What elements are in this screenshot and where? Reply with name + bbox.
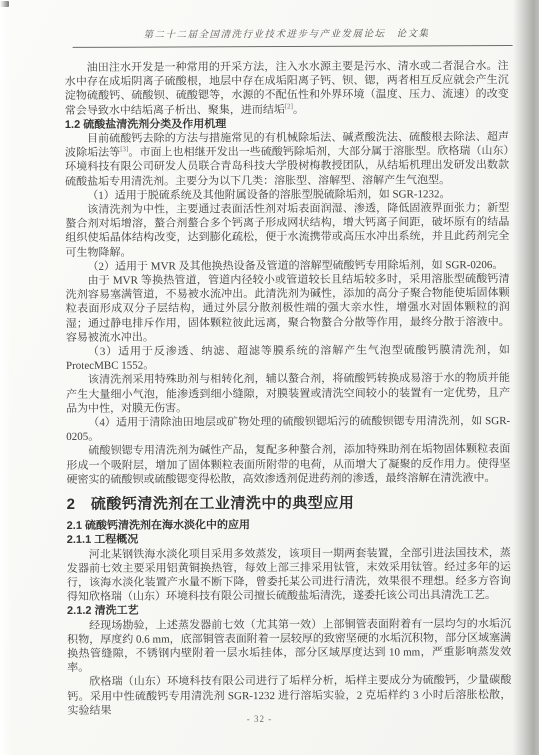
scan-corner-artifact [0, 1, 9, 7]
page-number: - 32 - [0, 714, 519, 724]
overview-text-tail: 。市面上也相继开发出一些硫酸钙除垢剂，大部分属于溶胀型。欣格瑞（山东）环境科技有… [65, 145, 509, 187]
item-1-description: 该清洗剂为中性，主要通过表面活性剂对垢表面润湿、渗透，降低固液界面张力；新型螯合… [65, 201, 509, 260]
citation-mark: [2] [285, 102, 293, 110]
page-content: 第二十二届全国清洗行业技术进步与产业发展论坛 论文集 油田注水开发是一种常用的开… [64, 27, 511, 718]
cleaning-process-paragraph: 经现场勘验，上述蒸发器前七效（尤其第一效）上部铜管表面附着有一层均匀的水垢沉积物… [67, 617, 511, 676]
item-4-paragraph: （4）适用于清除油田地层或矿物处理的硫酸钡锶垢污的硫酸钡锶专用清洗剂，如 SGR… [66, 414, 510, 444]
scale-analysis-paragraph: 欣格瑞（山东）环境科技有限公司进行了垢样分析，垢样主要成分为硫酸钙，少量碳酸钙。… [67, 673, 511, 718]
item-4-description: 硫酸钡锶专用清洗剂为碱性产品，复配多种螯合剂，添加特殊助剂在垢物固体颗粒表面形成… [66, 443, 510, 488]
item-3-paragraph: （3）适用于反渗透、纳滤、超滤等膜系统的溶解产生气泡型硫酸钙膜清洗剂，如 Pro… [66, 343, 510, 373]
item-2-description: 由于 MVR 等换热管道，管道内径较小或管道较长且结垢较多时，采用溶胀型硫酸钙清… [66, 272, 510, 345]
right-edge-scan-shadow [513, 0, 539, 755]
section-2-heading: 2 硫酸钙清洗剂在工业清洗中的典型应用 [67, 493, 511, 514]
intro-text-tail: 。 [293, 104, 304, 116]
header-rule [73, 45, 513, 48]
overview-paragraph: 目前硫酸钙去除的方法与措施常见的有机械除垢法、碱煮酸洗法、硫酸根去除法、超声波除… [65, 130, 509, 189]
project-overview-paragraph: 河北某钢铁海水淡化项目采用多效蒸发，该项目一期两套装置，全部引进法国技术，蒸发器… [67, 546, 511, 605]
scanned-page: 第二十二届全国清洗行业技术进步与产业发展论坛 论文集 油田注水开发是一种常用的开… [0, 0, 539, 755]
running-header: 第二十二届全国清洗行业技术进步与产业发展论坛 论文集 [64, 27, 508, 43]
intro-paragraph: 油田注水开发是一种常用的开采方法，注入水水源主要是污水、清水或二者混合水。注水中… [65, 59, 509, 118]
left-edge-highlight [0, 0, 12, 755]
item-3-description: 该清洗剂采用特殊助剂与相转化剂，辅以螯合剂，将硫酸钙转换成易溶于水的物质并能产生… [66, 372, 510, 417]
